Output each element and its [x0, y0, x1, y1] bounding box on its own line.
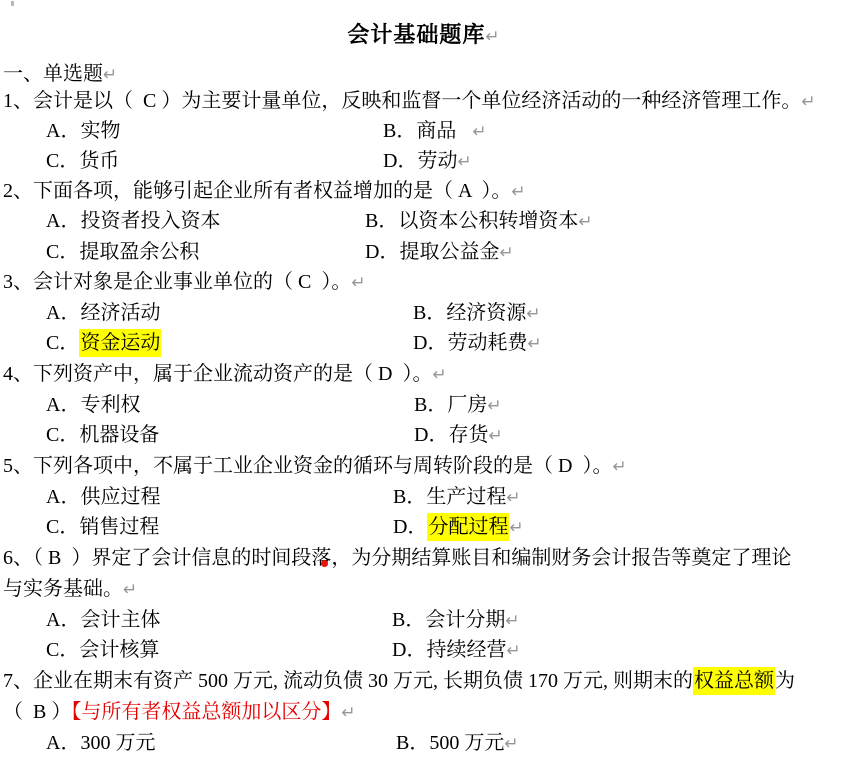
question-5-options-row-2: C．销售过程 D．分配过程↵ — [0, 512, 847, 543]
stem-text: 为 — [775, 670, 795, 692]
question-7-options-row-1: A．300 万元 B．500 万元↵ — [0, 728, 847, 759]
question-5-stem: 5、下列各项中，不属于工业企业资金的循环与周转阶段的是（ D ）。↵ — [0, 451, 847, 482]
question-7-stem-line-1: 7、企业在期末有资产 500 万元, 流动负债 30 万元, 长期负债 170 … — [0, 666, 847, 697]
option-b: B．经济资源↵ — [413, 298, 541, 330]
option-d-text: D．劳动 — [383, 150, 457, 172]
option-d: D．劳动↵ — [383, 146, 472, 178]
question-1-options-row-1: A．实物 B．商品↵ — [0, 116, 847, 147]
question-2-options-row-1: A．投资者投入资本 B．以资本公积转增资本↵ — [0, 206, 847, 237]
question-4-options-row-2: C．机器设备 D．存货↵ — [0, 420, 847, 451]
paragraph-mark-icon: ↵ — [506, 488, 520, 508]
option-a: A．300 万元 — [46, 728, 155, 759]
red-annotation: 【与所有者权益总额加以区分】 — [71, 701, 341, 723]
question-2-stem: 2、下面各项，能够引起企业所有者权益增加的是（ A ）。↵ — [0, 176, 847, 207]
paragraph-mark-icon: ↵ — [123, 580, 137, 600]
option-b-text: B．生产过程 — [393, 486, 506, 508]
paragraph-mark-icon: ↵ — [485, 27, 499, 47]
question-7-stem-line-2: （ B ）【与所有者权益总额加以区分】↵ — [0, 697, 847, 728]
stem-text: 与实务基础。 — [3, 578, 123, 600]
paragraph-mark-icon: ↵ — [432, 365, 446, 385]
stem-text: 1、会计是以（ C ）为主要计量单位，反映和监督一个单位经济活动的一种经济管理工… — [3, 90, 801, 112]
option-a: A．投资者投入资本 — [46, 206, 220, 237]
paragraph-mark-icon: ↵ — [511, 182, 525, 202]
highlighted-answer: 分配过程 — [427, 513, 509, 541]
paragraph-mark-icon: ↵ — [527, 334, 541, 354]
option-b-text: B．以资本公积转增资本 — [365, 210, 578, 232]
option-c-label: C． — [46, 332, 79, 354]
option-b: B．500 万元↵ — [396, 728, 519, 760]
stem-text: 2、下面各项，能够引起企业所有者权益增加的是（ A ）。 — [3, 180, 511, 202]
option-d-text: D．存货 — [414, 424, 488, 446]
paragraph-mark-icon: ↵ — [505, 611, 519, 631]
stem-text: 5、下列各项中，不属于工业企业资金的循环与周转阶段的是（ D ）。 — [3, 455, 612, 477]
question-5-options-row-1: A．供应过程 B．生产过程↵ — [0, 482, 847, 513]
question-3-stem: 3、会计对象是企业事业单位的（ C ）。↵ — [0, 267, 847, 298]
option-d-text: D．劳动耗费 — [413, 332, 527, 354]
paragraph-mark-icon: ↵ — [612, 457, 626, 477]
option-c: C．提取盈余公积 — [46, 237, 199, 268]
stem-text: ，为分期结算账目和编制财务会计报告等奠定了理论 — [331, 547, 791, 569]
option-a: A．实物 — [46, 116, 120, 147]
option-b-text: B．商品 — [383, 120, 456, 142]
option-b: B．以资本公积转增资本↵ — [365, 206, 593, 238]
option-b: B．商品↵ — [383, 116, 487, 148]
option-b-text: B．经济资源 — [413, 302, 526, 324]
option-b: B．厂房↵ — [414, 390, 502, 422]
stem-text: 4、下列资产中，属于企业流动资产的是（ D ）。 — [3, 363, 432, 385]
option-d: D．提取公益金↵ — [365, 237, 514, 269]
paragraph-mark-icon: ↵ — [499, 243, 513, 263]
option-b: B．会计分期↵ — [392, 605, 520, 637]
option-b: B．生产过程↵ — [393, 482, 521, 514]
paragraph-mark-icon: ↵ — [506, 641, 520, 661]
option-a: A．经济活动 — [46, 298, 160, 329]
paragraph-mark-icon: ↵ — [509, 518, 523, 538]
question-6-stem-line-2: 与实务基础。↵ — [0, 574, 847, 605]
option-d-text: D．提取公益金 — [365, 241, 499, 263]
question-1-options-row-2: C．货币 D．劳动↵ — [0, 146, 847, 177]
question-3-options-row-2: C．资金运动 D．劳动耗费↵ — [0, 328, 847, 359]
option-a: A．会计主体 — [46, 605, 160, 636]
stem-text: 7、企业在期末有资产 500 万元, 流动负债 30 万元, 长期负债 170 … — [3, 670, 693, 692]
paragraph-mark-icon: ↵ — [351, 273, 365, 293]
option-d: D．分配过程↵ — [393, 512, 524, 544]
paragraph-mark-icon: ↵ — [472, 122, 486, 142]
paragraph-mark-icon: ↵ — [341, 703, 355, 723]
option-d-label: D． — [393, 516, 427, 538]
option-c: C．资金运动 — [46, 328, 161, 359]
option-d: D．存货↵ — [414, 420, 503, 452]
option-d: D．持续经营↵ — [392, 635, 521, 667]
paragraph-mark-icon: ↵ — [103, 65, 117, 85]
option-b-text: B．500 万元 — [396, 732, 504, 754]
question-6-options-row-1: A．会计主体 B．会计分期↵ — [0, 605, 847, 636]
answer-blank: （ B ） — [3, 701, 71, 723]
option-d-text: D．持续经营 — [392, 639, 506, 661]
question-1-stem: 1、会计是以（ C ）为主要计量单位，反映和监督一个单位经济活动的一种经济管理工… — [0, 86, 847, 117]
paragraph-mark-icon: ↵ — [487, 396, 501, 416]
question-3-options-row-1: A．经济活动 B．经济资源↵ — [0, 298, 847, 329]
title-line: 会计基础题库↵ — [0, 18, 847, 52]
stray-mark — [11, 1, 14, 6]
paragraph-mark-icon: ↵ — [488, 426, 502, 446]
page-title: 会计基础题库 — [347, 22, 485, 47]
option-b-text: B．厂房 — [414, 394, 487, 416]
option-c: C．销售过程 — [46, 512, 159, 543]
option-d: D．劳动耗费↵ — [413, 328, 542, 360]
option-a: A．专利权 — [46, 390, 140, 421]
option-c: C．机器设备 — [46, 420, 159, 451]
question-4-options-row-1: A．专利权 B．厂房↵ — [0, 390, 847, 421]
document-page: 会计基础题库↵ 一、单选题↵ 1、会计是以（ C ）为主要计量单位，反映和监督一… — [0, 0, 847, 769]
option-c: C．货币 — [46, 146, 119, 177]
paragraph-mark-icon: ↵ — [504, 734, 518, 754]
paragraph-mark-icon: ↵ — [457, 152, 471, 172]
question-4-stem: 4、下列资产中，属于企业流动资产的是（ D ）。↵ — [0, 359, 847, 390]
paragraph-mark-icon: ↵ — [526, 304, 540, 324]
paragraph-mark-icon: ↵ — [578, 212, 592, 232]
question-6-stem-line-1: 6、（ B ）界定了会计信息的时间段落，为分期结算账目和编制财务会计报告等奠定了… — [0, 543, 847, 574]
highlighted-term: 权益总额 — [693, 667, 775, 695]
stem-text: 3、会计对象是企业事业单位的（ C ）。 — [3, 271, 351, 293]
highlighted-answer: 资金运动 — [79, 329, 161, 357]
option-c: C．会计核算 — [46, 635, 159, 666]
section-heading: 一、单选题 — [3, 63, 103, 85]
question-2-options-row-2: C．提取盈余公积 D．提取公益金↵ — [0, 237, 847, 268]
question-6-options-row-2: C．会计核算 D．持续经营↵ — [0, 635, 847, 666]
option-b-text: B．会计分期 — [392, 609, 505, 631]
option-a: A．供应过程 — [46, 482, 160, 513]
stem-text: 6、（ B ）界定了会计信息的时间段落 — [3, 547, 331, 569]
paragraph-mark-icon: ↵ — [801, 92, 815, 112]
